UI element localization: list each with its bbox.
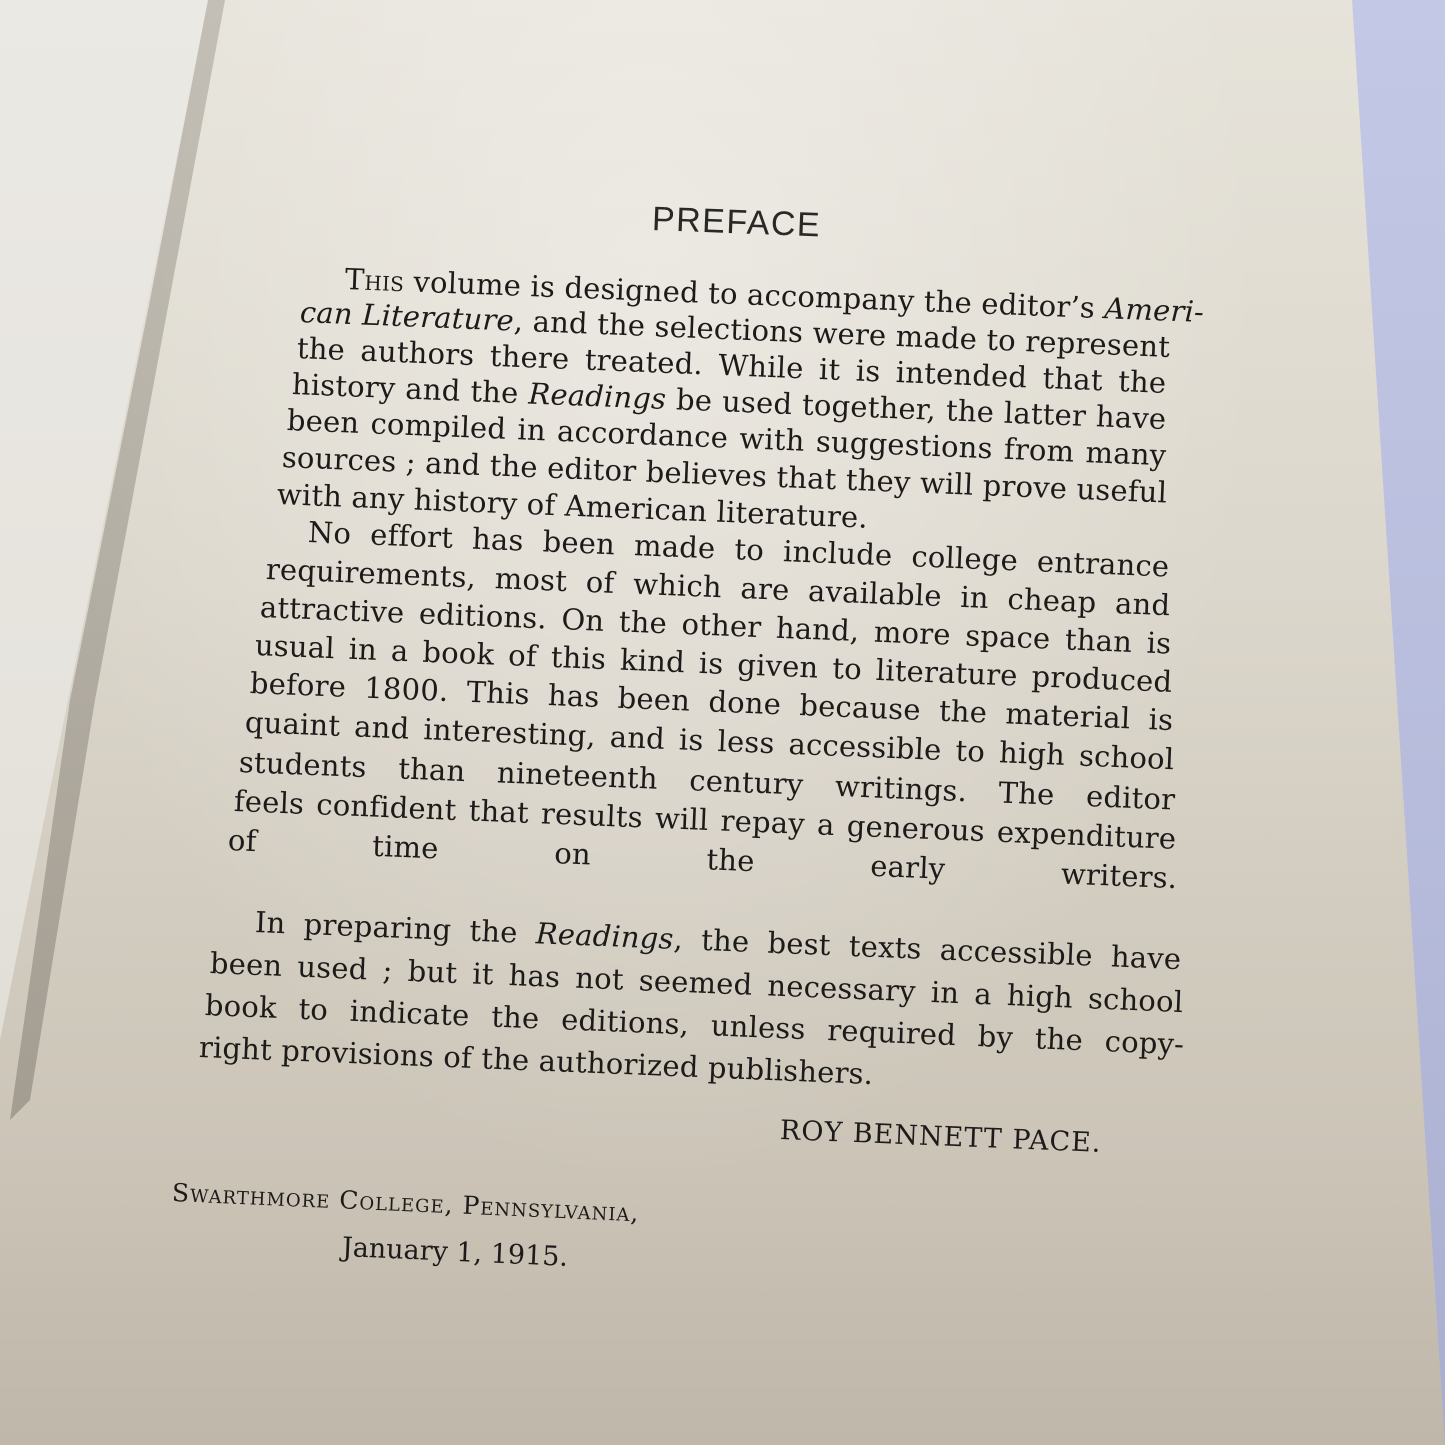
place-line: Swarthmore College, Pennsylvania, (171, 1178, 640, 1227)
text-segment: Ameri- (1104, 291, 1205, 329)
text-segment: Readings (528, 377, 667, 417)
text-segment: Readings (535, 916, 674, 956)
date-line: January 1, 1915. (341, 1232, 568, 1273)
text-segment: In preparing the (254, 905, 536, 950)
preface-text-block: PREFACE This volume is designed to accom… (0, 0, 1445, 1445)
author-signature: ROY BENNETT PACE. (779, 1115, 1102, 1159)
text-segment: This (344, 262, 404, 298)
text-segment: can Literature (299, 295, 514, 338)
page-title: PREFACE (651, 200, 822, 245)
